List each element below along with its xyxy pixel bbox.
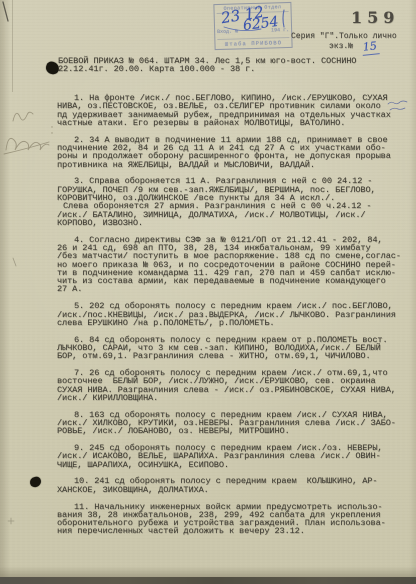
ink-blot — [29, 476, 42, 488]
order-paragraph-4: 4. Согласно директивы СЗФ за № 0121/ОП о… — [57, 236, 401, 294]
series-classification: Серия "Г".Только лично — [291, 32, 397, 41]
order-paragraph-11: 11. Начальнику инженерных войск армии пр… — [57, 503, 401, 536]
order-paragraph-2: 2. 34 А выводит в подчинение 11 армии 18… — [57, 136, 401, 169]
order-paragraph-6: 6. 84 сд оборонять полосу с передним кра… — [57, 336, 401, 361]
bottom-page-edge — [0, 577, 416, 584]
corner-pen-mark — [3, 2, 8, 21]
order-paragraph-5: 5. 202 сд оборонять полосу с передним кр… — [57, 302, 401, 327]
bottom-edge-shadow — [0, 566, 416, 577]
order-heading: БОЕВОЙ ПРИКАЗ № 064. ШТАРМ 34. Лес 1,5 к… — [58, 57, 356, 74]
order-paragraph-7: 7. 26 сд оборонять полосу с передним кра… — [57, 369, 401, 402]
edge-marks — [8, 258, 16, 524]
order-paragraph-9: 9. 245 сд оборонять полосу с передним кр… — [57, 444, 401, 469]
paper-fold-line — [12, 0, 13, 92]
order-body: 1. На фронте /иск./ пос.БЕГЛОВО, КИПИНО,… — [57, 94, 401, 544]
stamp-incoming-label: Вход. № — [217, 28, 238, 35]
copy-number-label: экз.№ — [329, 42, 353, 51]
handwritten-copy-number: 15 — [361, 39, 379, 56]
order-paragraph-3-cont: Слева обороняется 27 армия. Разгранлиния… — [57, 202, 401, 227]
order-paragraph-8: 8. 163 сд оборонять полосу с передним кр… — [57, 411, 401, 436]
order-paragraph-3: 3. Справа обороняется 11 А. Разгранлиния… — [57, 177, 401, 202]
stamp-footer: Штаба ПРИБОВО — [217, 37, 289, 48]
order-paragraph-1: 1. На фронте /иск./ пос.БЕГЛОВО, КИПИНО,… — [57, 94, 401, 127]
pencil-margin-note — [4, 112, 53, 154]
page-number-stamp: 159 — [351, 8, 399, 27]
scanned-document-page: Оперативный Отдел Вход. № 194 г. Штаба П… — [0, 0, 416, 584]
order-paragraph-10: 10. 241 сд оборонять полосу с передним к… — [57, 477, 401, 494]
